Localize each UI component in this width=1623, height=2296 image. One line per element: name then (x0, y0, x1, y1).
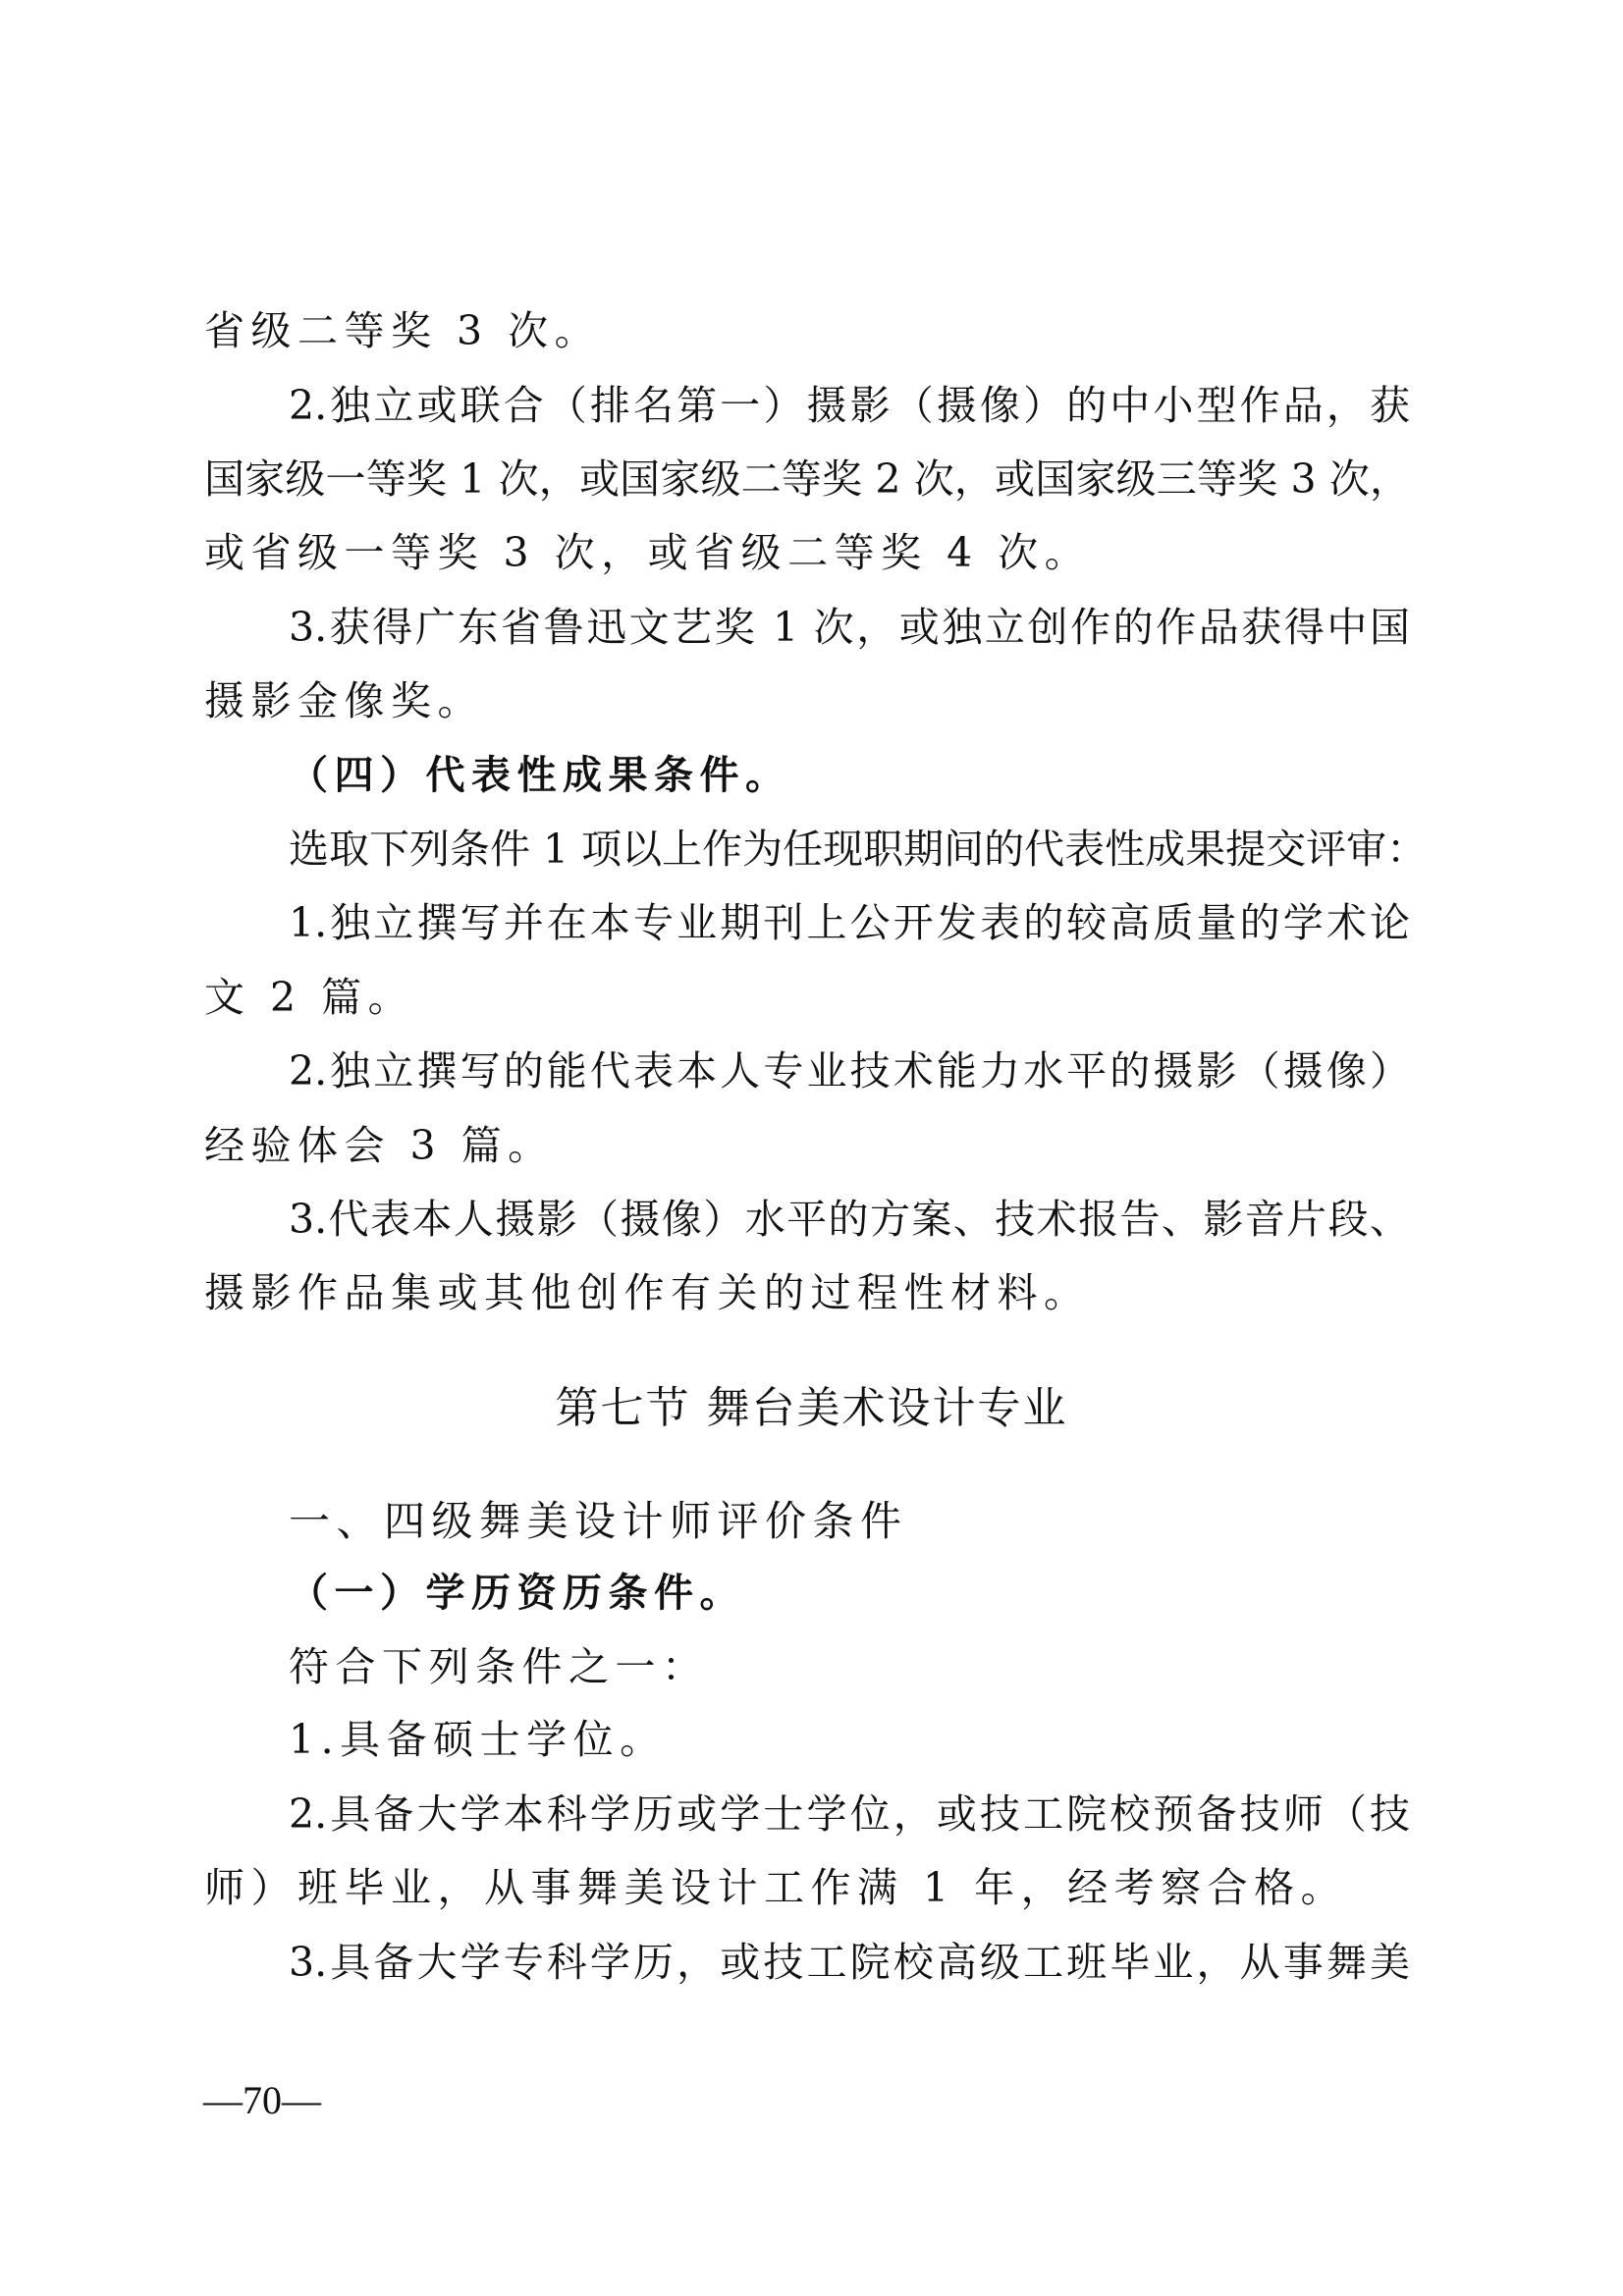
body-line: 3.代表本人摄影（摄像）水平的方案、技术报告、影音片段、 (289, 1182, 1410, 1256)
body-line: 2.独立或联合（排名第一）摄影（摄像）的中小型作品，获 (289, 368, 1410, 443)
body-line: 经验体会 3 篇。 (204, 1108, 1410, 1183)
body-line: 摄影金像奖。 (204, 664, 1410, 738)
section-title: 第七节 舞台美术设计专业 (0, 1369, 1623, 1448)
subheading-representative-achievements: （四）代表性成果条件。 (289, 738, 1410, 813)
body-line: 3.获得广东省鲁迅文艺奖 1 次，或独立创作的作品获得中国 (289, 590, 1410, 665)
body-line: 文 2 篇。 (204, 960, 1410, 1035)
body-line: 国家级一等奖 1 次，或国家级二等奖 2 次，或国家级三等奖 3 次， (204, 442, 1410, 516)
heading-level-four-designer: 一、四级舞美设计师评价条件 (289, 1484, 1410, 1559)
body-line: 2.具备大学本科学历或学士学位，或技工院校预备技师（技 (289, 1777, 1410, 1851)
body-line: 1.具备硕士学位。 (289, 1702, 1410, 1777)
page-number: —70— (203, 2077, 321, 2124)
body-line: 1.独立撰写并在本专业期刊上公开发表的较高质量的学术论 (289, 885, 1410, 960)
subheading-education-qualification: （一）学历资历条件。 (289, 1556, 1410, 1630)
body-line: 摄影作品集或其他创作有关的过程性材料。 (204, 1255, 1410, 1330)
body-line: 省级二等奖 3 次。 (204, 294, 1410, 368)
body-line: 3.具备大学专科学历，或技工院校高级工班毕业，从事舞美 (289, 1925, 1410, 2000)
document-page: 省级二等奖 3 次。 2.独立或联合（排名第一）摄影（摄像）的中小型作品，获 国… (0, 0, 1623, 2296)
body-line: 师）班毕业，从事舞美设计工作满 1 年，经考察合格。 (204, 1850, 1410, 1925)
body-line: 符合下列条件之一： (289, 1629, 1410, 1704)
body-line: 2.独立撰写的能代表本人专业技术能力水平的摄影（摄像） (289, 1034, 1410, 1108)
body-line: 或省级一等奖 3 次，或省级二等奖 4 次。 (204, 515, 1410, 590)
body-line: 选取下列条件 1 项以上作为任现职期间的代表性成果提交评审： (289, 812, 1410, 886)
